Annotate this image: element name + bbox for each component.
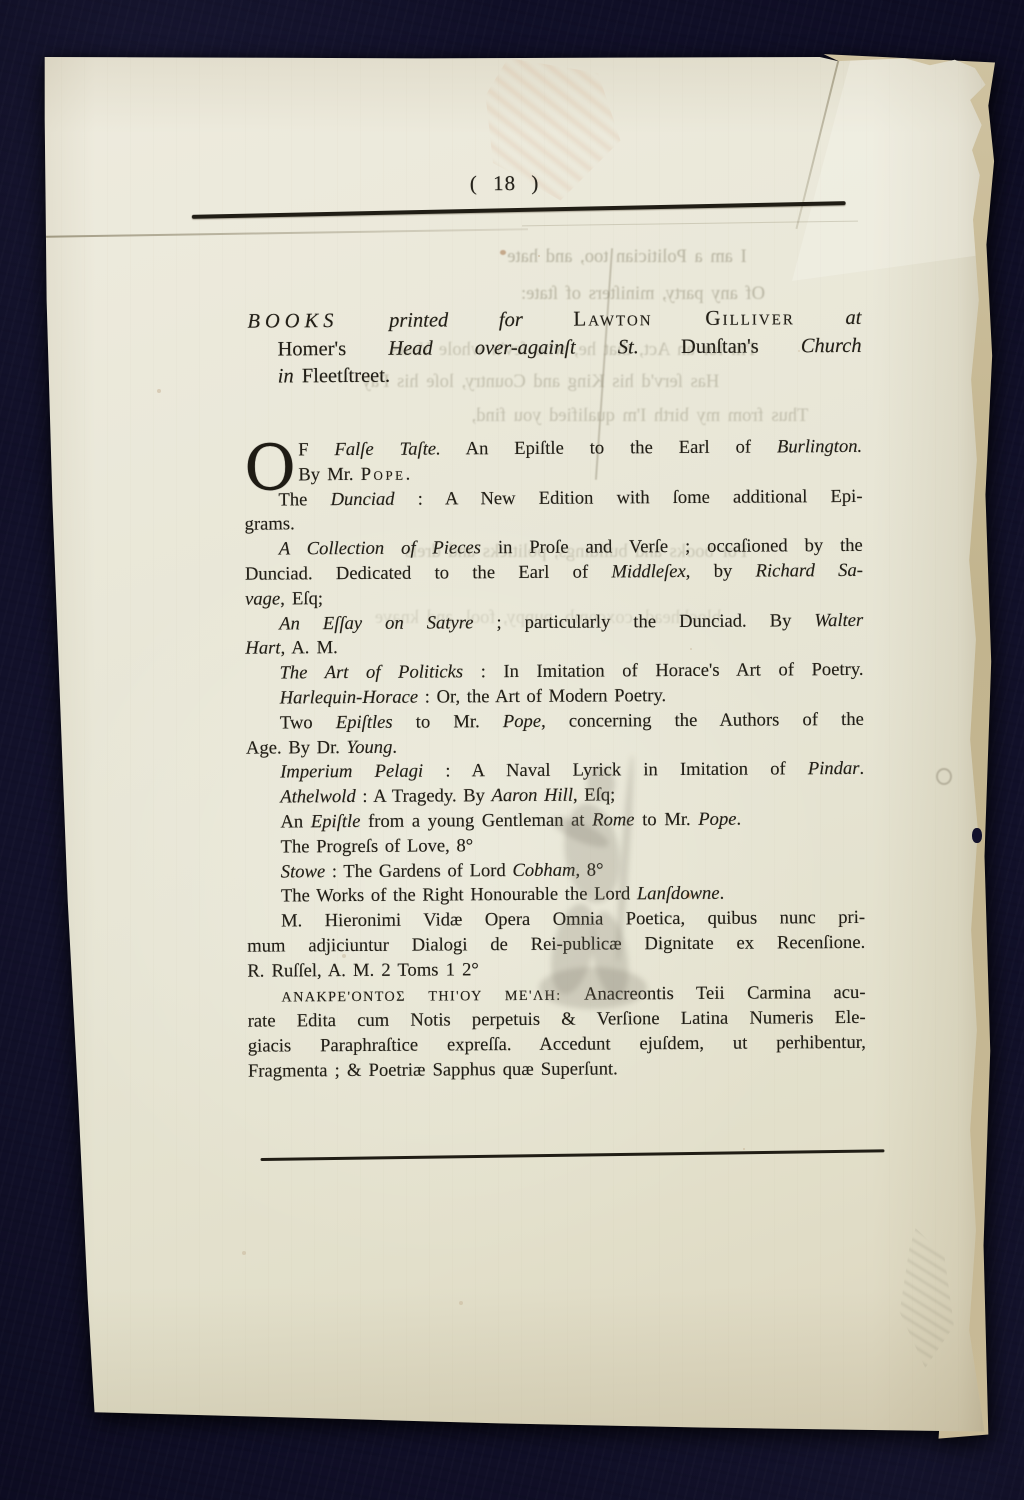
- text-segment: Pindar: [808, 758, 860, 779]
- book-leaf: I am a Politician too, and hateOf any pa…: [38, 50, 996, 1440]
- text-segment: Walter: [814, 609, 863, 630]
- text-segment: Two: [280, 712, 336, 733]
- text-segment: Pope: [698, 809, 736, 830]
- text-segment: Lanſdowne: [637, 883, 720, 905]
- page-paper: I am a Politician too, and hateOf any pa…: [38, 50, 996, 1440]
- text-segment: Pope: [503, 711, 541, 732]
- text-segment: , 8°: [575, 859, 603, 880]
- book-list-line: Age. By Dr. Young.: [246, 732, 864, 761]
- photo-background-fabric: I am a Politician too, and hateOf any pa…: [0, 0, 1024, 1500]
- text-segment: .: [406, 463, 411, 484]
- text-segment: ; particularly the Dunciad. By: [473, 610, 814, 633]
- text-segment: Fragmenta ; & Poetriæ Sapphus quæ Superſ…: [248, 1058, 618, 1081]
- text-segment: A Collection of Pieces: [279, 537, 481, 559]
- text-segment: Athelwold: [280, 786, 356, 807]
- text-segment: Middleſex: [611, 561, 685, 582]
- page-number: ( 18 ): [414, 171, 594, 197]
- text-segment: The Works of the Right Honourable the Lo…: [281, 884, 637, 907]
- book-list-line: Hart, A. M.: [245, 633, 863, 662]
- foxing-specks: [38, 50, 40, 52]
- text-segment: giacis Paraphraſtice expreſſa. Accedunt …: [248, 1032, 866, 1057]
- text-segment: Epiſtle: [311, 811, 361, 832]
- text-segment: at: [795, 307, 862, 329]
- text-segment: in: [278, 365, 302, 387]
- text-segment: R. Ruſſel, A. M. 2 Toms 1 2°: [247, 959, 479, 981]
- text-segment: , by: [686, 561, 756, 582]
- text-segment: Church: [801, 334, 862, 356]
- text-segment: .: [392, 736, 397, 757]
- book-list-line: Stowe : The Gardens of Lord Cobham, 8°: [247, 856, 865, 885]
- book-list-line: By Mr. Pope.: [244, 460, 862, 489]
- text-segment: : A New Edition with ſome additional Epi…: [395, 485, 863, 509]
- text-segment: BOOKS: [247, 310, 338, 333]
- book-list-line: R. Ruſſel, A. M. 2 Toms 1 2°: [247, 956, 865, 985]
- book-list-line: Imperium Pelagi : A Naval Lyrick in Imit…: [246, 757, 864, 786]
- book-list-line: grams.: [245, 509, 863, 538]
- text-segment: , Eſq;: [280, 588, 323, 609]
- text-segment: The Art of Politicks: [279, 661, 463, 683]
- text-segment: : A Tragedy. By: [356, 785, 492, 807]
- text-segment: Stowe: [281, 861, 326, 882]
- text-segment: in Proſe and Verſe ; occaſioned by the: [481, 535, 863, 558]
- text-segment: to Mr.: [634, 809, 698, 830]
- printed-content: ( 18 ) BOOKS printed for Lawton Gilliver…: [34, 47, 1000, 1443]
- book-list-line: The Art of Politicks : In Imitation of H…: [245, 658, 863, 687]
- book-list-line: rate Edita cum Notis perpetuis & Verſion…: [248, 1006, 866, 1035]
- text-segment: Harlequin-Horace: [280, 687, 419, 709]
- book-list: F Falſe Taſte. An Epiſtle to the Earl of…: [244, 435, 866, 1084]
- footer-rule: [261, 1149, 885, 1161]
- text-segment: Imperium Pelagi: [280, 761, 423, 783]
- imprint-heading: BOOKS printed for Lawton Gilliver atHome…: [247, 304, 861, 391]
- book-list-line: vage, Eſq;: [245, 584, 863, 613]
- text-segment: Cobham: [512, 859, 575, 880]
- book-list-line: mum adjiciuntur Dialogi de Rei-publicæ D…: [247, 931, 865, 960]
- text-segment: to Mr.: [393, 711, 503, 733]
- text-segment: : Or, the Art of Modern Poetry.: [418, 685, 666, 708]
- header-rule: [192, 201, 846, 218]
- text-segment: Pope: [361, 463, 406, 484]
- text-segment: Anacreontis Teii Carmina acu-: [562, 981, 866, 1004]
- imprint-line: in Fleetſtreet.: [248, 360, 862, 391]
- red-edge-stain: [46, 1150, 55, 1196]
- text-segment: , A. M.: [280, 637, 337, 658]
- text-segment: An Epiſtle to the Earl of: [441, 436, 777, 459]
- text-segment: The: [278, 489, 330, 510]
- text-segment: .: [736, 809, 741, 830]
- text-segment: , Eſq;: [573, 785, 615, 806]
- text-segment: .: [859, 758, 864, 779]
- text-segment: An Eſſay on Satyre: [279, 612, 473, 634]
- text-segment: ΑΝΑΚΡΕ'ΟΝΤΟΣ ΤΗΙ'ΟΥ ΜΕ'ΛΗ:: [281, 987, 561, 1005]
- book-list-line: Athelwold : A Tragedy. By Aaron Hill, Eſ…: [246, 782, 864, 811]
- text-segment: from a young Gentleman at: [360, 809, 592, 831]
- text-segment: Young: [346, 736, 392, 757]
- red-edge-speck: [56, 1282, 61, 1288]
- text-segment: : The Gardens of Lord: [325, 860, 512, 882]
- text-segment: Richard Sa-: [756, 560, 863, 582]
- text-segment: : In Imitation of Horace's Art of Poetry…: [463, 659, 864, 682]
- book-list-line: F Falſe Taſte. An Epiſtle to the Earl of…: [244, 435, 862, 464]
- book-list-line: Dunciad. Dedicated to the Earl of Middle…: [245, 559, 863, 588]
- book-list-line: The Progreſs of Love, 8°: [247, 832, 865, 861]
- text-segment: By Mr.: [298, 464, 360, 485]
- text-segment: Age. By Dr.: [246, 737, 347, 759]
- book-list-line: ΑΝΑΚΡΕ'ΟΝΤΟΣ ΤΗΙ'ΟΥ ΜΕ'ΛΗ: Anacreontis T…: [247, 980, 865, 1010]
- text-segment: grams.: [245, 514, 295, 535]
- text-segment: Dunciad: [330, 488, 394, 509]
- text-segment: Hart: [245, 638, 280, 659]
- imprint-line: Homer's Head over-againſt St. Dunſtan's …: [247, 332, 861, 363]
- edge-tear-notch: [972, 828, 982, 843]
- text-segment: Lawton Gilliver: [573, 305, 795, 330]
- text-segment: Aaron Hill: [492, 785, 574, 806]
- text-segment: Dunſtan's: [639, 335, 801, 358]
- book-list-line: An Epiſtle from a young Gentleman at Rom…: [246, 807, 864, 836]
- text-segment: .: [720, 883, 725, 904]
- text-segment: Dunciad. Dedicated to the Earl of: [245, 561, 612, 584]
- book-list-line: Harlequin-Horace : Or, the Art of Modern…: [246, 683, 864, 712]
- text-segment: Fleetſtreet.: [302, 365, 390, 388]
- text-segment: The Progreſs of Love, 8°: [281, 835, 474, 857]
- text-segment: Burlington.: [777, 436, 862, 458]
- book-list-line: Fragmenta ; & Poetriæ Sapphus quæ Superſ…: [248, 1056, 866, 1085]
- text-segment: printed for: [338, 309, 573, 332]
- book-list-line: giacis Paraphraſtice expreſſa. Accedunt …: [248, 1031, 866, 1060]
- book-list-line: The Dunciad : A New Edition with ſome ad…: [244, 484, 862, 513]
- text-segment: rate Edita cum Notis perpetuis & Verſion…: [248, 1007, 866, 1032]
- text-segment: Homer's: [278, 337, 389, 360]
- book-list-line: M. Hieronimi Vidæ Opera Omnia Poetica, q…: [247, 906, 865, 935]
- text-segment: : A Naval Lyrick in Imitation of: [423, 759, 808, 782]
- text-segment: mum adjiciuntur Dialogi de Rei-publicæ D…: [247, 932, 865, 957]
- text-segment: Rome: [592, 809, 634, 830]
- text-segment: Epiſtles: [336, 712, 393, 733]
- book-list-line: A Collection of Pieces in Proſe and Verſ…: [245, 534, 863, 563]
- text-segment: Falſe Taſte.: [334, 438, 440, 460]
- text-segment: M. Hieronimi Vidæ Opera Omnia Poetica, q…: [281, 907, 865, 932]
- imprint-line: BOOKS printed for Lawton Gilliver at: [247, 304, 861, 336]
- text-segment: F: [298, 439, 334, 460]
- book-list-line: An Eſſay on Satyre ; particularly the Du…: [245, 608, 863, 637]
- text-segment: An: [280, 811, 311, 832]
- text-segment: Head over-againſt St.: [388, 336, 639, 360]
- text-segment: vage: [245, 588, 280, 609]
- text-segment: , concerning the Authors of the: [541, 709, 864, 732]
- book-list-line: Two Epiſtles to Mr. Pope, concerning the…: [246, 708, 864, 737]
- book-list-line: The Works of the Right Honourable the Lo…: [247, 881, 865, 910]
